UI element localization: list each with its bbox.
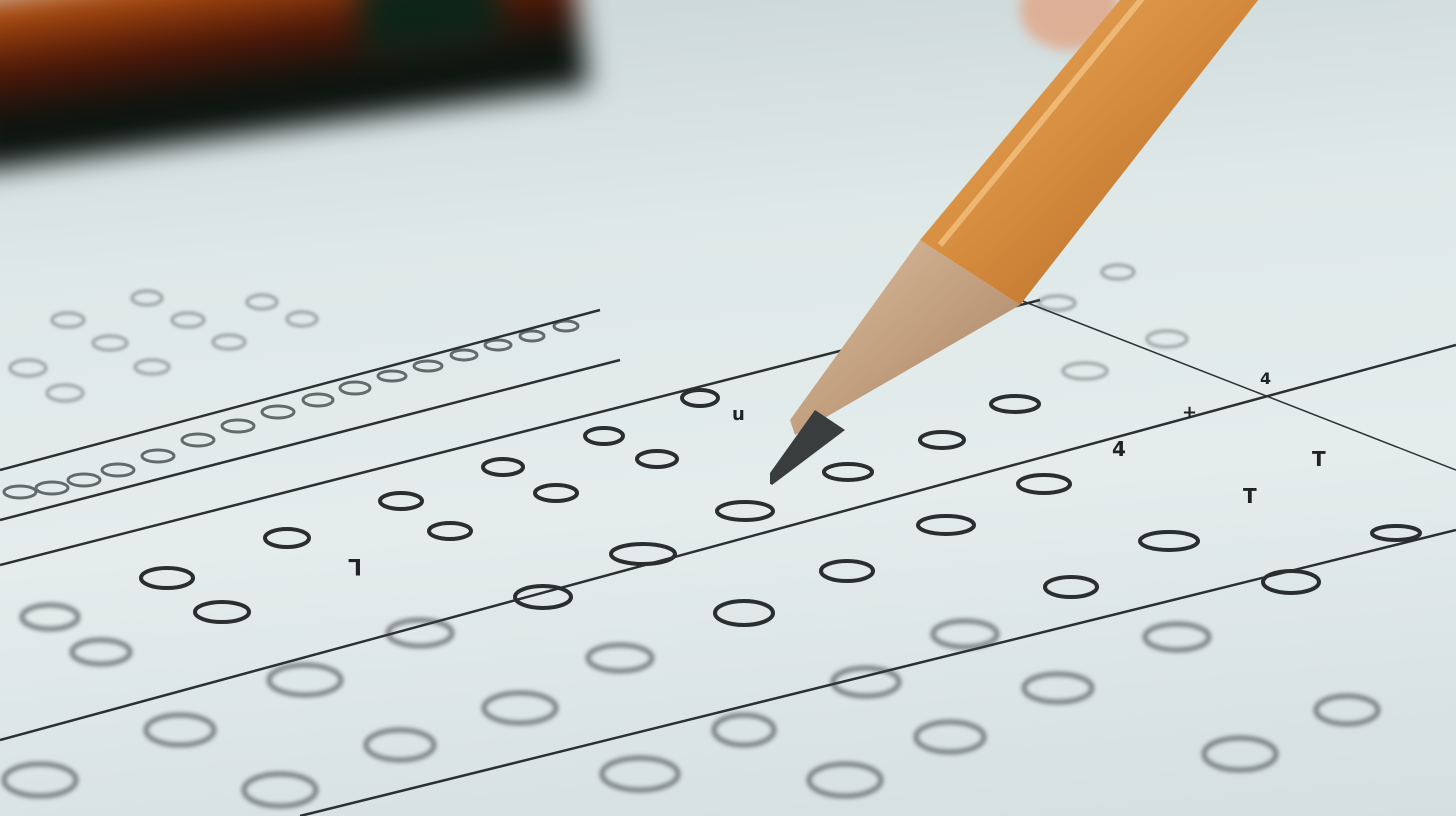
pencil xyxy=(770,0,1410,500)
photo-scene: L 4 + T T 4 u Close-up of a wooden pen xyxy=(0,0,1456,816)
svg-text:u: u xyxy=(732,404,745,425)
svg-text:L: L xyxy=(348,553,362,578)
